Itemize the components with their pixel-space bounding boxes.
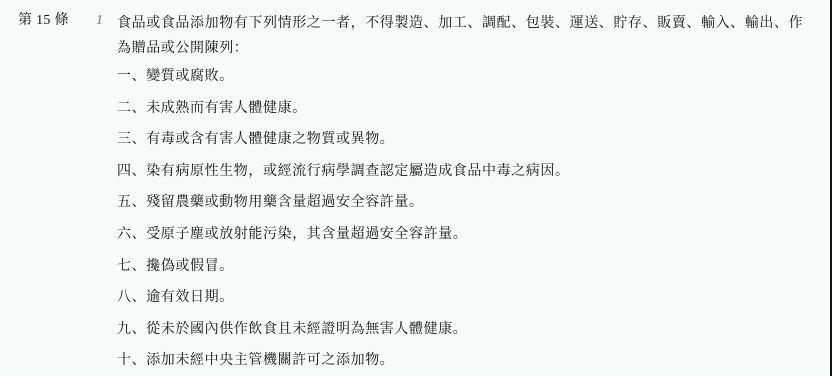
item-list: 一、變質或腐敗。 二、未成熟而有害人體健康。 三、有毒或含有害人體健康之物質或異… — [117, 67, 570, 376]
list-item: 二、未成熟而有害人體健康。 — [117, 99, 570, 131]
paragraph-number: 1 — [96, 11, 103, 31]
list-item: 一、變質或腐敗。 — [117, 67, 570, 99]
list-item: 九、從未於國內供作飲食且未經證明為無害人體健康。 — [117, 320, 570, 352]
list-item: 三、有毒或含有害人體健康之物質或異物。 — [117, 130, 570, 162]
list-item: 四、染有病原性生物，或經流行病學調查認定屬造成食品中毒之病因。 — [117, 162, 570, 194]
article-label: 第 15 條 — [18, 11, 69, 31]
paragraph-body: 食品或食品添加物有下列情形之一者，不得製造、加工、調配、包裝、運送、貯存、販賣、… — [117, 11, 817, 61]
paragraph-intro-text: 食品或食品添加物有下列情形之一者，不得製造、加工、調配、包裝、運送、貯存、販賣、… — [117, 11, 817, 61]
list-item: 八、逾有效日期。 — [117, 288, 570, 320]
list-item: 十、添加未經中央主管機關許可之添加物。 — [117, 351, 570, 376]
list-item: 五、殘留農藥或動物用藥含量超過安全容許量。 — [117, 193, 570, 225]
list-item: 七、攙偽或假冒。 — [117, 257, 570, 289]
list-item: 六、受原子塵或放射能污染，其含量超過安全容許量。 — [117, 225, 570, 257]
